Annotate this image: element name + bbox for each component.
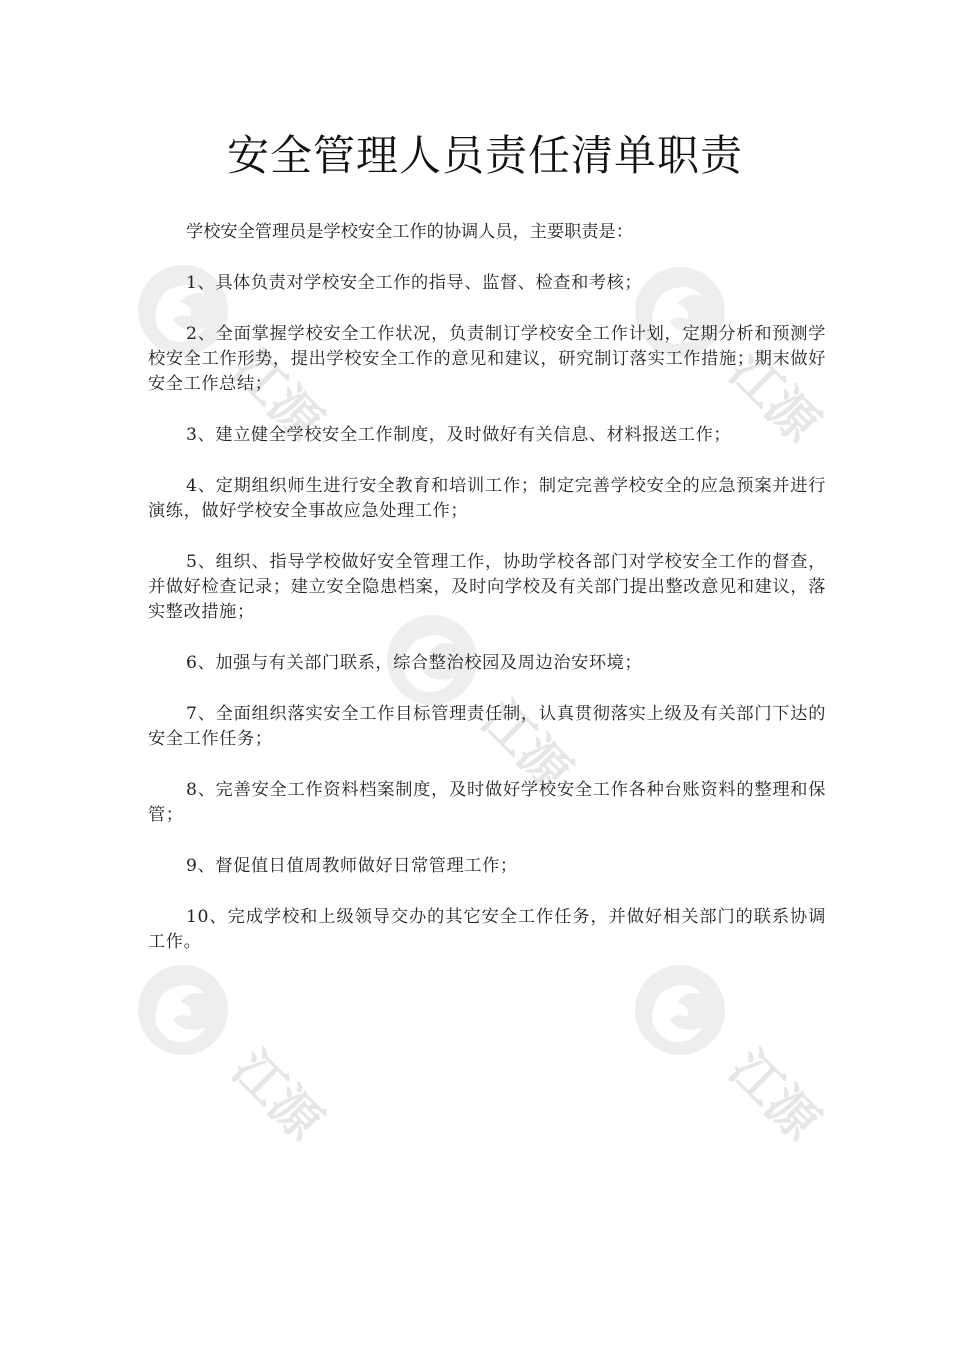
- watermark-text: 江源: [719, 1039, 831, 1151]
- duty-item: 4、定期组织师生进行安全教育和培训工作；制定完善学校安全的应急预案并进行演练，做…: [148, 474, 826, 524]
- watermark: 江源: [135, 962, 335, 1162]
- duty-item: 8、完善安全工作资料档案制度，及时做好学校安全工作各种台账资料的整理和保管；: [148, 778, 826, 828]
- watermark: 江源: [632, 962, 832, 1162]
- duty-item: 6、加强与有关部门联系，综合整治校园及周边治安环境；: [148, 651, 826, 676]
- watermark-text: 江源: [222, 1039, 334, 1151]
- jiangyuan-logo-icon: 江源: [135, 962, 335, 1162]
- intro-paragraph: 学校安全管理员是学校安全工作的协调人员，主要职责是：: [148, 220, 826, 245]
- duty-list: 1、具体负责对学校安全工作的指导、监督、检查和考核； 2、全面掌握学校安全工作状…: [148, 271, 826, 981]
- duty-item: 5、组织、指导学校做好安全管理工作，协助学校各部门对学校安全工作的督查，并做好检…: [148, 550, 826, 625]
- document-title: 安全管理人员责任清单职责: [0, 128, 970, 184]
- duty-item: 10、完成学校和上级领导交办的其它安全工作任务，并做好相关部门的联系协调工作。: [148, 905, 826, 955]
- duty-item: 3、建立健全学校安全工作制度，及时做好有关信息、材料报送工作；: [148, 423, 826, 448]
- document-page: 江源 江源 江源 江源 江源 安全管理人员责任清单职责 学校安全管理员: [0, 0, 970, 1371]
- duty-item: 1、具体负责对学校安全工作的指导、监督、检查和考核；: [148, 271, 826, 296]
- duty-item: 2、全面掌握学校安全工作状况，负责制订学校安全工作计划，定期分析和预测学校安全工…: [148, 322, 826, 397]
- duty-item: 9、督促值日值周教师做好日常管理工作；: [148, 854, 826, 879]
- duty-item: 7、全面组织落实安全工作目标管理责任制，认真贯彻落实上级及有关部门下达的安全工作…: [148, 702, 826, 752]
- jiangyuan-logo-icon: 江源: [632, 962, 832, 1162]
